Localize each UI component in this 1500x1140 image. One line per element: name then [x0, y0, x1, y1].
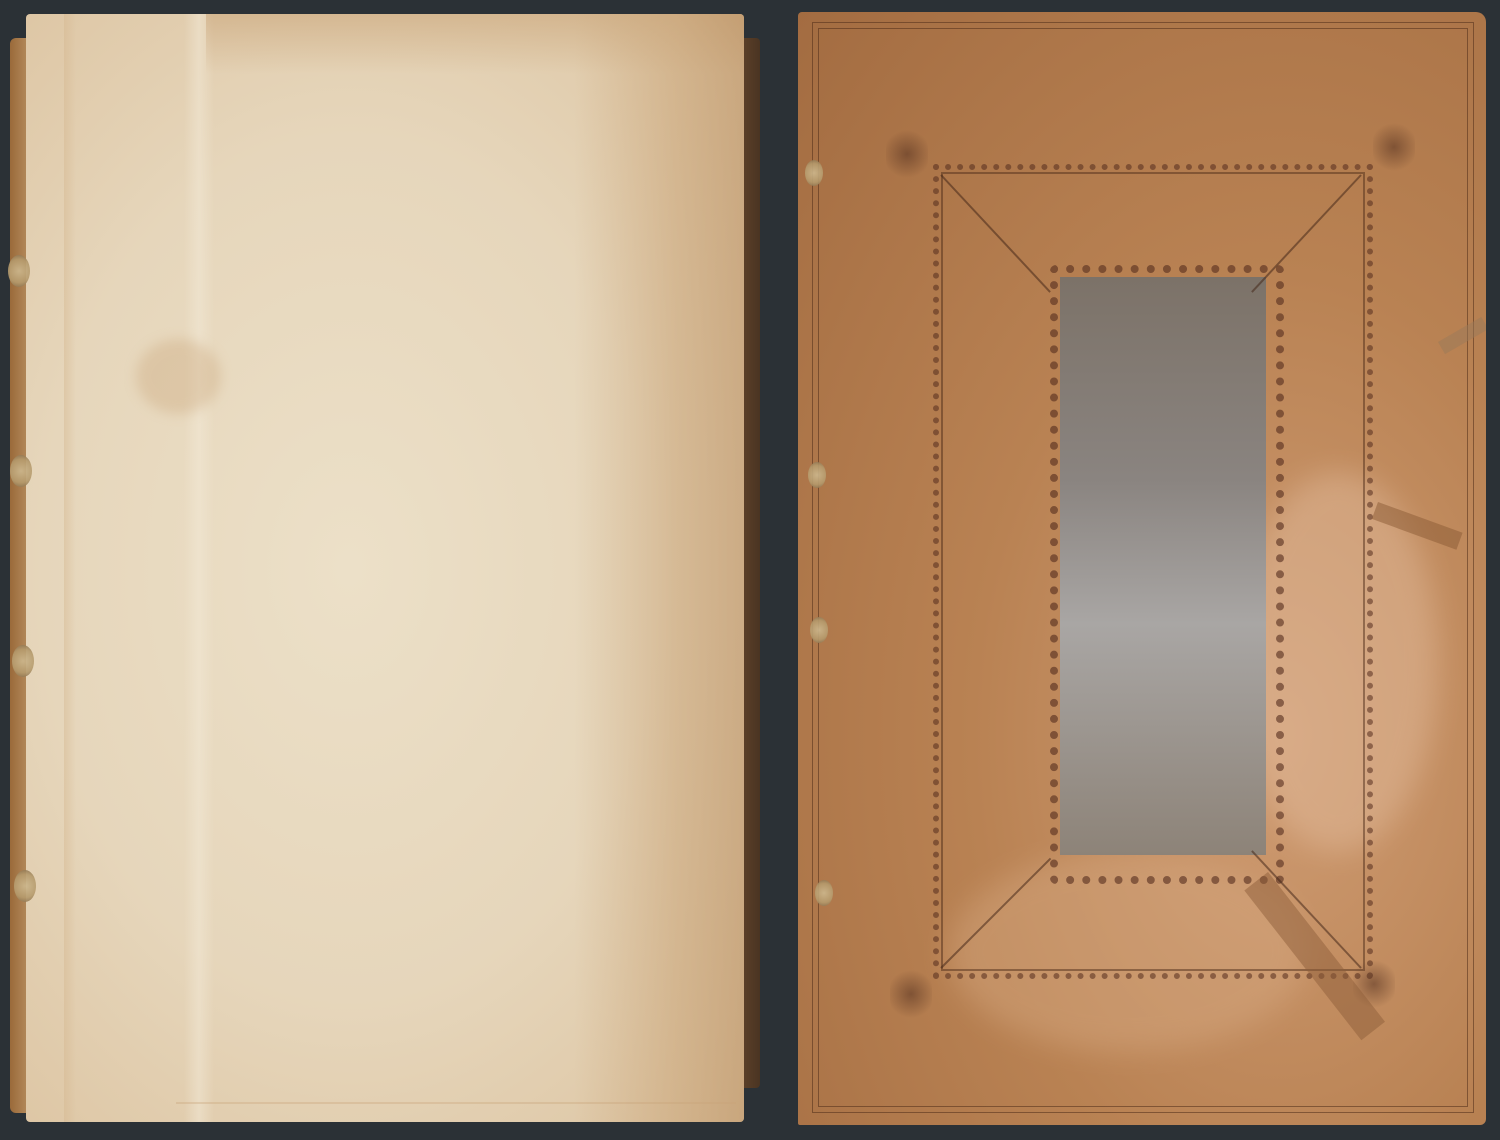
left-book-endpaper — [26, 14, 744, 1122]
binding-thread — [14, 870, 36, 902]
endpaper-gutter-fold — [64, 14, 76, 1122]
binding-thread — [815, 880, 833, 906]
scalloped-ornamental-border — [1050, 265, 1284, 884]
endpaper-right-stain — [574, 14, 744, 1122]
endpaper-stain-spot — [136, 339, 221, 414]
right-book-cover — [798, 12, 1486, 1125]
binding-thread — [808, 462, 826, 488]
endpaper-hinge-fold — [184, 14, 214, 1122]
binding-thread — [12, 645, 34, 677]
binding-thread — [8, 255, 30, 287]
binding-thread — [10, 455, 32, 487]
corner-fleuron-ornament — [886, 127, 928, 181]
corner-fleuron-ornament — [890, 967, 932, 1021]
endpaper-bottom-crease — [176, 1102, 736, 1104]
corner-fleuron-ornament — [1373, 120, 1415, 174]
binding-thread — [805, 160, 823, 186]
binding-thread — [810, 617, 828, 643]
